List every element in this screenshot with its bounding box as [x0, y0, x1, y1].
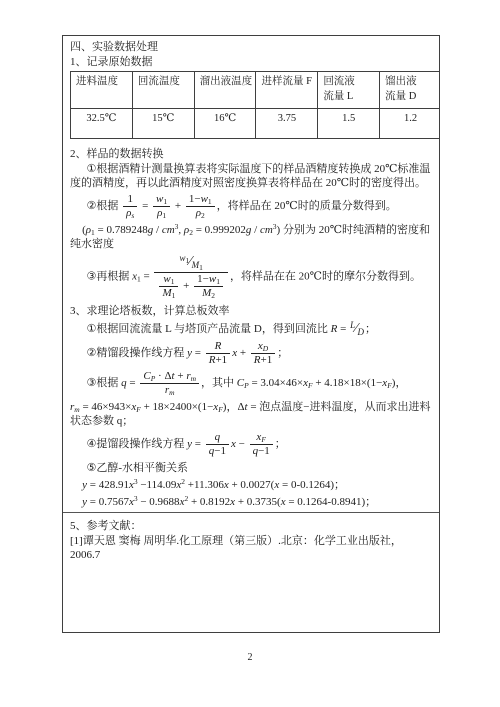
table-header-cell: 回流液 流量 L [318, 72, 380, 109]
s2-item1-text: ①根据酒精计测量换算表将实际温度下的样品酒精度转换成 20℃标准温度的酒精度，再… [70, 162, 431, 190]
table-header-row: 进料温度 回流温度 溜出液温度 进样流量 F 回流液 流量 L 馏出液 流量 D [71, 72, 440, 109]
reference-item: [1]谭天恩 窦梅 周明华.化工原理（第三版）.北京：化学工业出版社，2006.… [70, 534, 431, 562]
table-cell: 1.5 [318, 109, 380, 139]
s3-item5-heading: ⑤乙醇-水相平衡关系 [70, 461, 431, 475]
table-value-row: 32.5℃ 15℃ 16℃ 3.75 1.5 1.2 [71, 109, 440, 139]
table-header-cell: 回流温度 [132, 72, 194, 109]
table-cell: 15℃ [132, 109, 194, 139]
table-cell: 3.75 [256, 109, 318, 139]
table-header-cell: 进料温度 [71, 72, 133, 109]
s3-item3-formula: ③根据 q = CP · Δt + rmrm，其中 CP = 3.04×46×x… [70, 370, 431, 397]
references-section: 5、参考文献： [1]谭天恩 窦梅 周明华.化工原理（第三版）.北京：化学工业出… [63, 513, 439, 562]
sub1-heading: 1、记录原始数据 [70, 55, 431, 69]
content-border-box: 四、实验数据处理 1、记录原始数据 进料温度 回流温度 溜出液温度 进样流量 F… [62, 35, 440, 633]
document-page: 四、实验数据处理 1、记录原始数据 进料温度 回流温度 溜出液温度 进样流量 F… [0, 0, 500, 707]
s3-item1-formula: ①根据回流流量 L 与塔顶产品流量 D，得到回流比 R = L⁄D； [70, 321, 431, 337]
page-number: 2 [0, 651, 500, 665]
table-cell: 1.2 [380, 109, 439, 139]
section3-heading: 3、求理论塔板数，计算总板效率 [70, 304, 431, 318]
table-header-cell: 进样流量 F [256, 72, 318, 109]
table-header-cell: 馏出液 流量 D [380, 72, 439, 109]
section2-heading: 2、样品的数据转换 [70, 147, 431, 161]
s3-equilibrium-eq1: y = 428.91x3 −114.09x2 +11.306x + 0.0027… [70, 478, 431, 492]
s3-item4-formula: ④提馏段操作线方程 y = qq−1x − xFq−1； [70, 431, 431, 458]
references-heading: 5、参考文献： [70, 519, 431, 533]
s3-equilibrium-eq2: y = 0.7567x3 − 0.9688x2 + 0.8192x + 0.37… [70, 495, 431, 509]
s3-item3-continued: rm = 46×943×xF + 18×2400×(1−xF)，Δt = 泡点温… [70, 400, 431, 428]
raw-data-table: 进料温度 回流温度 溜出液温度 进样流量 F 回流液 流量 L 馏出液 流量 D… [70, 71, 439, 139]
s2-item2-formula: ②根据 1ρs = w1ρ1 + 1−w1ρ2，将样品在 20℃时的质量分数得到… [70, 193, 431, 220]
section4-heading: 四、实验数据处理 [70, 40, 431, 54]
table-cell: 32.5℃ [71, 109, 133, 139]
table-cell: 16℃ [194, 109, 256, 139]
s2-density-note: (ρ1 = 0.789248g / cm3, ρ2 = 0.999202g / … [70, 223, 431, 251]
s3-item2-formula: ②精馏段操作线方程 y = RR+1x + xDR+1； [70, 340, 431, 367]
main-section: 四、实验数据处理 1、记录原始数据 进料温度 回流温度 溜出液温度 进样流量 F… [63, 36, 439, 513]
s2-item3-formula: ③再根据 x1 = w1⁄M1w1M1 + 1−w1M2，将样品在在 20℃时的… [70, 254, 431, 300]
table-header-cell: 溜出液温度 [194, 72, 256, 109]
